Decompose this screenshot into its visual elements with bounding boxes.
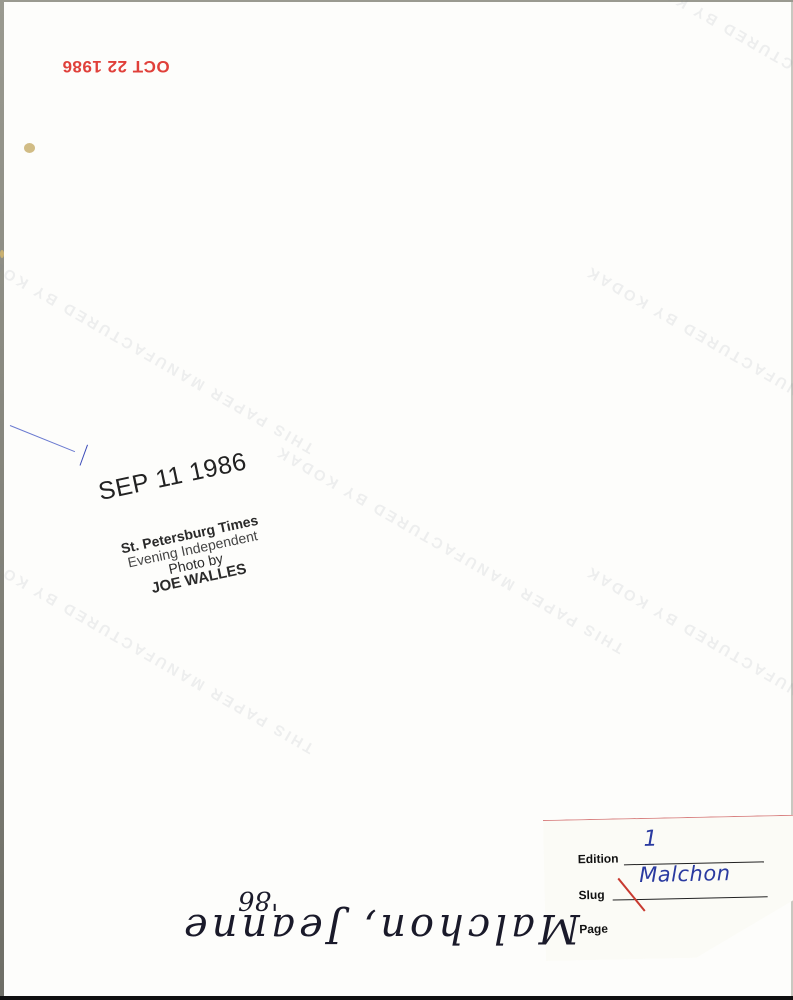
slug-value: Malchon (639, 861, 731, 887)
slug-label: Slug (578, 888, 604, 903)
stain-mark (24, 143, 35, 153)
watermark: THIS PAPER MANUFACTURED BY KODAK (622, 0, 793, 177)
ink-stroke (80, 445, 88, 466)
edition-label-card: Edition 1 Slug Malchon Page (543, 815, 793, 961)
stain-mark (0, 250, 4, 258)
edition-value: 1 (643, 827, 658, 852)
watermark: THIS PAPER MANUFACTURED BY KODAK (272, 441, 627, 656)
watermark: THIS PAPER MANUFACTURED BY KODAK (0, 241, 317, 456)
scan-border-bottom (0, 996, 793, 1000)
page-label: Page (579, 922, 608, 937)
photo-credit-stamp: St. Petersburg Times Evening Independent… (100, 509, 289, 605)
paper-edge-left (0, 0, 4, 996)
date-stamp: SEP 11 1986 (96, 447, 249, 507)
received-date-stamp: OCT 22 1986 (62, 56, 170, 76)
handwritten-name: Malchon, Jeanne (180, 905, 580, 951)
ink-stroke (10, 425, 75, 452)
watermark: THIS PAPER MANUFACTURED BY KODAK (582, 561, 793, 776)
watermark: THIS PAPER MANUFACTURED BY KODAK (582, 261, 793, 476)
edition-label: Edition (578, 851, 619, 866)
photo-back-paper: THIS PAPER MANUFACTURED BY KODAK THIS PA… (0, 0, 793, 996)
